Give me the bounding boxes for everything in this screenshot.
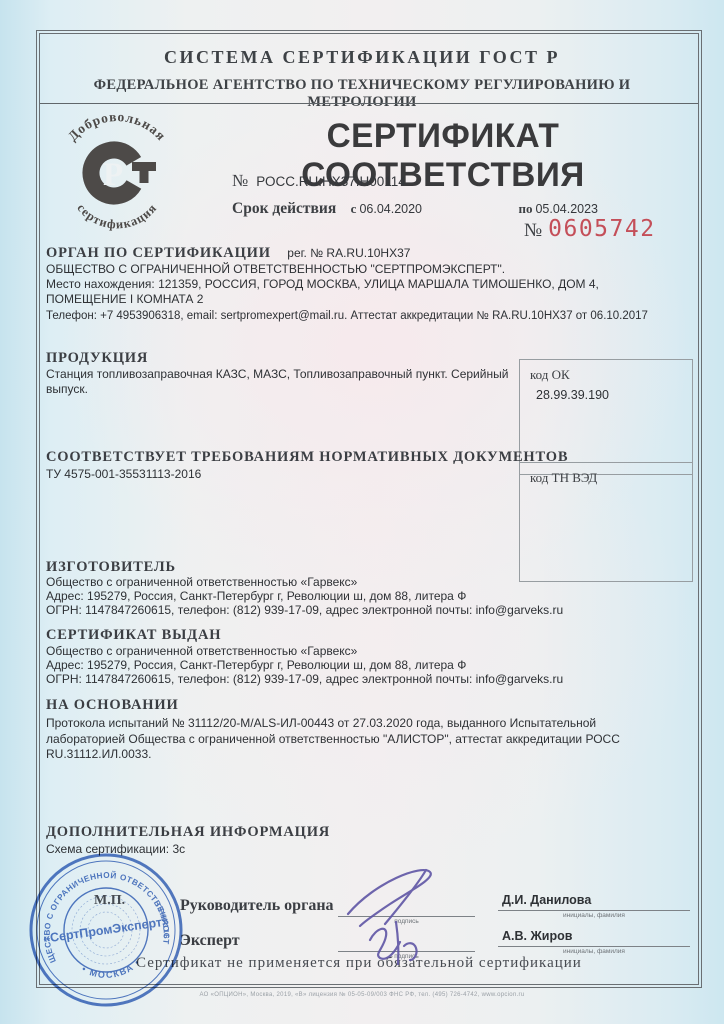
product-heading: ПРОДУКЦИЯ [46, 350, 148, 367]
from-date: 06.04.2020 [359, 202, 422, 216]
system-title: СИСТЕМА СЕРТИФИКАЦИИ ГОСТ Р [40, 47, 684, 68]
ink-signatures [330, 862, 500, 967]
rst-logo: Добровольная сертификация Р [50, 110, 184, 234]
validity-label: Срок действия [232, 200, 336, 217]
svg-text:сертификация: сертификация [74, 201, 159, 232]
manufacturer-name: Общество с ограниченной ответственностью… [46, 575, 686, 590]
svg-text:Добровольная: Добровольная [65, 110, 169, 144]
manufacturer-contacts: ОГРН: 1147847260615, телефон: (812) 939-… [46, 603, 686, 618]
head-of-body-label: Руководитель органа [180, 897, 334, 915]
issued-contacts: ОГРН: 1147847260615, телефон: (812) 939-… [46, 672, 686, 687]
certificate-number-line: №РОСС.RU.HX37.H00114 [232, 171, 406, 191]
tnved-code-box: код ТН ВЭД [519, 462, 693, 582]
basis-heading: НА ОСНОВАНИИ [46, 697, 179, 714]
org-heading-row: ОРГАН ПО СЕРТИФИКАЦИИ рег. № RA.RU.10HX3… [46, 244, 410, 262]
expert-name-caption: инициалы, фамилия [498, 948, 690, 955]
issued-name: Общество с ограниченной ответственностью… [46, 644, 686, 659]
svg-text:• МОСКВА •: • МОСКВА • [79, 956, 144, 984]
expert-name: А.В. Жиров [502, 929, 572, 943]
conformity-text: ТУ 4575-001-35531113-2016 [46, 467, 506, 482]
stamp-icon: ОБЩЕСТВО С ОГРАНИЧЕННОЙ ОТВЕТСТВЕННОСТЬЮ… [16, 840, 197, 1021]
additional-heading: ДОПОЛНИТЕЛЬНАЯ ИНФОРМАЦИЯ [46, 824, 330, 841]
logo-bottom-text: сертификация [74, 201, 159, 232]
org-name: ОБЩЕСТВО С ОГРАНИЧЕННОЙ ОТВЕТСТВЕННОСТЬЮ… [46, 262, 646, 277]
blank-number-sign: № [524, 220, 542, 241]
org-heading: ОРГАН ПО СЕРТИФИКАЦИИ [46, 245, 271, 261]
stamp-center-text: «СертПромЭксперт» [42, 914, 170, 946]
org-reg-number: рег. № RA.RU.10HX37 [287, 246, 410, 260]
head-name-line [498, 910, 690, 911]
head-name: Д.И. Данилова [502, 893, 591, 907]
org-contacts: Телефон: +7 4953906318, email: sertprome… [46, 310, 686, 322]
ok-code-value: 28.99.39.190 [536, 388, 692, 402]
agency-title: ФЕДЕРАЛЬНОЕ АГЕНТСТВО ПО ТЕХНИЧЕСКОМУ РЕ… [40, 77, 684, 111]
number-sign: № [232, 171, 248, 190]
org-stamp: ОБЩЕСТВО С ОГРАНИЧЕННОЙ ОТВЕТСТВЕННОСТЬЮ… [16, 840, 197, 1021]
header-divider [40, 103, 698, 104]
rst-mark-icon: Р [83, 142, 156, 205]
blank-number: 0605742 [548, 216, 655, 242]
product-text: Станция топливозаправочная КАЗС, МАЗС, Т… [46, 367, 511, 396]
org-address: Место нахождения: 121359, РОССИЯ, ГОРОД … [46, 277, 634, 306]
certificate-number: РОСС.RU.HX37.H00114 [256, 174, 406, 189]
stamp-ring-bottom-text: • МОСКВА • [79, 956, 144, 984]
svg-text:ОГРН 1167: ОГРН 1167 [16, 840, 172, 960]
blank-number-line: №0605742 [524, 216, 656, 242]
issued-heading: СЕРТИФИКАТ ВЫДАН [46, 627, 221, 644]
issued-address: Адрес: 195279, Россия, Санкт-Петербург г… [46, 658, 686, 673]
manufacturer-heading: ИЗГОТОВИТЕЛЬ [46, 559, 176, 576]
head-name-caption: инициалы, фамилия [498, 912, 690, 919]
ok-code-label: код ОК [530, 367, 692, 383]
rst-logo-icon: Добровольная сертификация Р [50, 110, 184, 234]
manufacturer-address: Адрес: 195279, Россия, Санкт-Петербург г… [46, 589, 686, 604]
basis-text: Протокола испытаний № 31112/20-M/ALS-ИЛ-… [46, 716, 678, 763]
to-date: 05.04.2023 [535, 202, 598, 216]
logo-top-text: Добровольная [65, 110, 169, 144]
signature-strokes-icon [330, 862, 500, 967]
stamp-ring-side-text: ОГРН 1167 [16, 840, 172, 960]
expert-name-line [498, 946, 690, 947]
tnved-code-label: код ТН ВЭД [530, 470, 692, 486]
from-label: с [351, 201, 357, 216]
conformity-heading: СООТВЕТСТВУЕТ ТРЕБОВАНИЯМ НОРМАТИВНЫХ ДО… [46, 449, 568, 466]
to-label: по [518, 201, 532, 216]
rst-letter-p: Р [103, 157, 123, 193]
certificate-page: СИСТЕМА СЕРТИФИКАЦИИ ГОСТ Р ФЕДЕРАЛЬНОЕ … [0, 0, 724, 1024]
